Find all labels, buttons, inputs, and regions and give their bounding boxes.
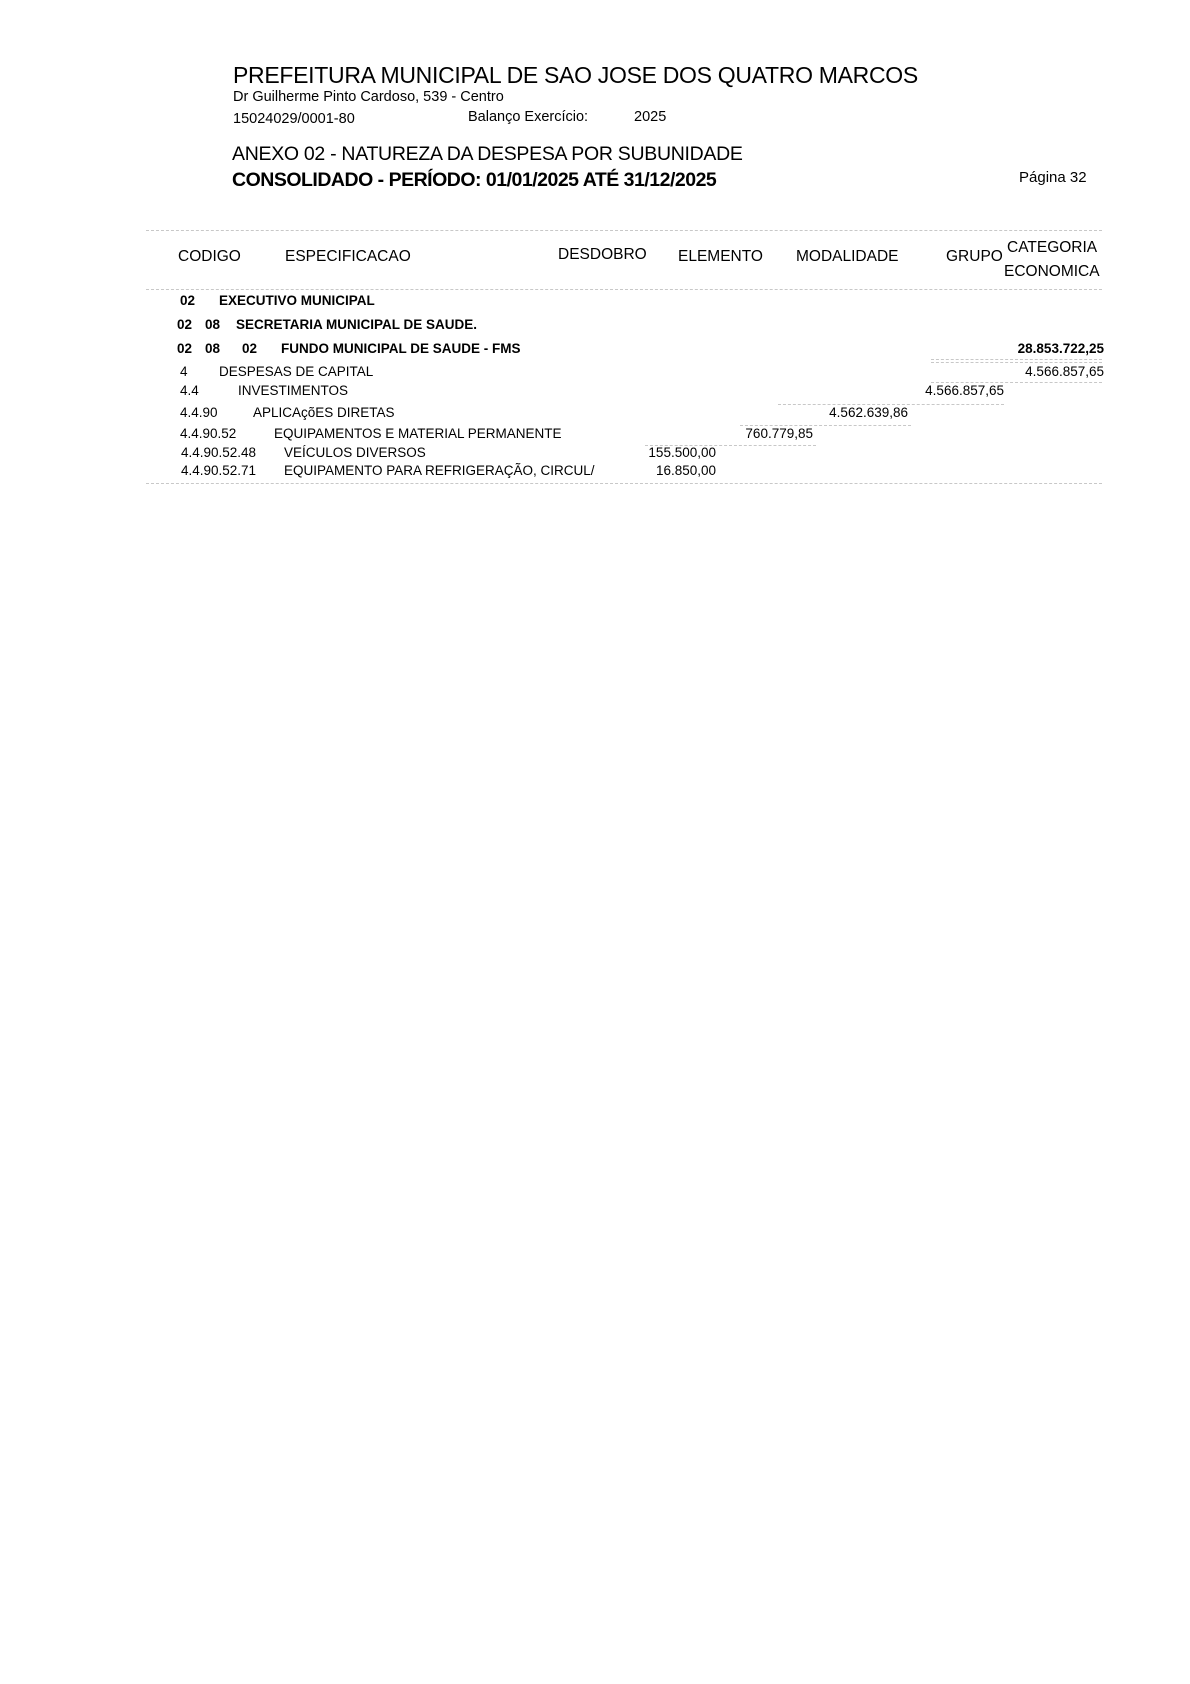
header-top-divider bbox=[146, 230, 1102, 231]
report-title: PREFEITURA MUNICIPAL DE SAO JOSE DOS QUA… bbox=[233, 62, 918, 89]
row-code: 4.4.90 bbox=[180, 405, 218, 420]
table-bottom-divider bbox=[146, 483, 1102, 484]
subunidade-code2: 08 bbox=[205, 341, 220, 356]
row-code: 4.4 bbox=[180, 383, 199, 398]
header-bottom-divider bbox=[146, 289, 1102, 290]
row-description: INVESTIMENTOS bbox=[238, 383, 348, 398]
row-code: 4.4.90.52.48 bbox=[181, 445, 256, 460]
row-categoria-value: 4.566.857,65 bbox=[1025, 364, 1104, 379]
subunidade-name: FUNDO MUNICIPAL DE SAUDE - FMS bbox=[281, 341, 521, 356]
orgao-code: 02 bbox=[180, 293, 195, 308]
subunidade-code1: 02 bbox=[177, 341, 192, 356]
row-description: VEÍCULOS DIVERSOS bbox=[284, 445, 426, 460]
col-elemento: ELEMENTO bbox=[678, 248, 763, 266]
period-title: CONSOLIDADO - PERÍODO: 01/01/2025 ATÉ 31… bbox=[232, 169, 716, 192]
balance-year: 2025 bbox=[634, 109, 666, 125]
row-description: APLICAçõES DIRETAS bbox=[253, 405, 395, 420]
annex-title: ANEXO 02 - NATUREZA DA DESPESA POR SUBUN… bbox=[232, 143, 743, 166]
col-modalidade: MODALIDADE bbox=[796, 248, 899, 266]
col-especificacao: ESPECIFICACAO bbox=[285, 248, 411, 266]
row-modalidade-value: 4.562.639,86 bbox=[829, 405, 908, 420]
col-categoria-line2: ECONOMICA bbox=[1004, 263, 1100, 281]
unidade-name: SECRETARIA MUNICIPAL DE SAUDE. bbox=[236, 317, 477, 332]
page-number: Página 32 bbox=[1019, 169, 1087, 186]
balance-label: Balanço Exercício: bbox=[468, 109, 588, 125]
orgao-name: EXECUTIVO MUNICIPAL bbox=[219, 293, 375, 308]
cnpj: 15024029/0001-80 bbox=[233, 111, 355, 127]
row-code: 4 bbox=[180, 364, 188, 379]
row-code: 4.4.90.52.71 bbox=[181, 463, 256, 478]
row-description: EQUIPAMENTO PARA REFRIGERAÇÃO, CIRCUL/ bbox=[284, 463, 610, 478]
row-desdobro-value: 155.500,00 bbox=[648, 445, 716, 460]
total-double-underline bbox=[931, 359, 1102, 363]
col-desdobro: DESDOBRO bbox=[558, 246, 647, 264]
unidade-code1: 02 bbox=[177, 317, 192, 332]
col-grupo: GRUPO bbox=[946, 248, 1003, 266]
subunidade-code3: 02 bbox=[242, 341, 257, 356]
row-description: DESPESAS DE CAPITAL bbox=[219, 364, 373, 379]
row-desdobro-value: 16.850,00 bbox=[656, 463, 716, 478]
unidade-code2: 08 bbox=[205, 317, 220, 332]
col-categoria-line1: CATEGORIA bbox=[1007, 239, 1097, 257]
row-elemento-value: 760.779,85 bbox=[745, 426, 813, 441]
row-grupo-value: 4.566.857,65 bbox=[925, 383, 1004, 398]
row-code: 4.4.90.52 bbox=[180, 426, 236, 441]
col-codigo: CODIGO bbox=[178, 248, 241, 266]
subunidade-total: 28.853.722,25 bbox=[1018, 341, 1104, 356]
address: Dr Guilherme Pinto Cardoso, 539 - Centro bbox=[233, 89, 504, 105]
row-description: EQUIPAMENTOS E MATERIAL PERMANENTE bbox=[274, 426, 562, 441]
